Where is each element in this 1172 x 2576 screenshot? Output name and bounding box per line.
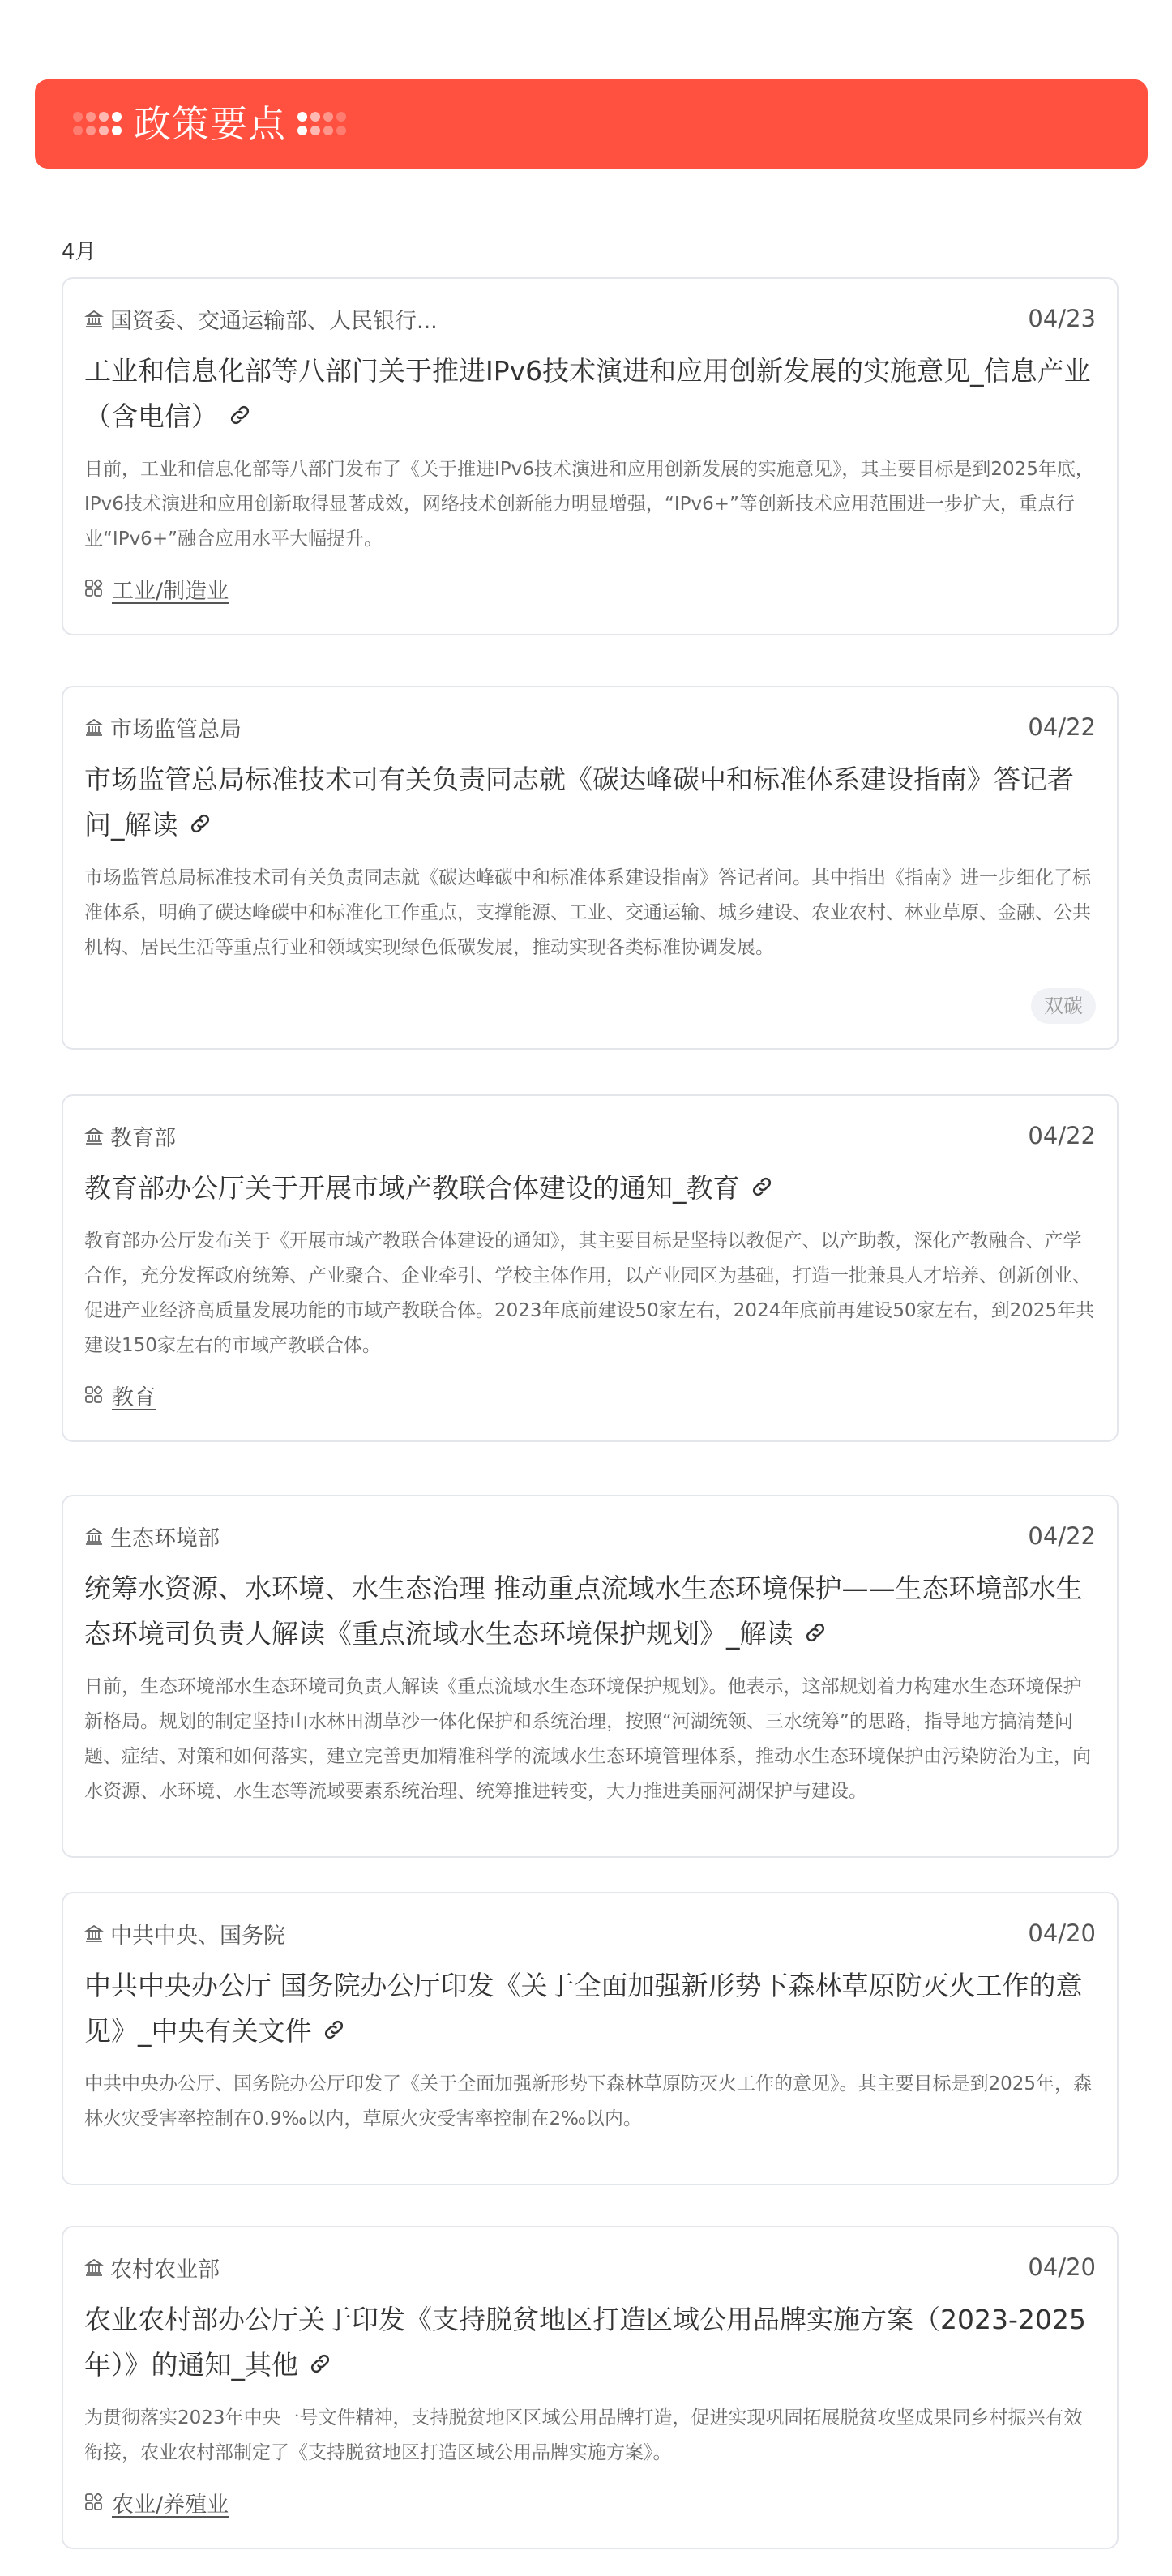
policy-card[interactable]: 教育部 04/22 教育部办公厅关于开展市域产教联合体建设的通知_教育 教育部办… bbox=[62, 1094, 1119, 1442]
policy-title-link[interactable]: 中共中央办公厅 国务院办公厅印发《关于全面加强新形势下森林草原防灭火工作的意见》… bbox=[84, 1963, 1096, 2056]
summary: 日前，生态环境部水生态环境司负责人解读《重点流域水生态环境保护规划》。他表示，这… bbox=[84, 1670, 1096, 1809]
date: 04/20 bbox=[1028, 1919, 1096, 1947]
source: 生态环境部 bbox=[84, 1521, 220, 1552]
dots-left-decoration bbox=[73, 112, 122, 136]
link-chain-icon[interactable] bbox=[228, 396, 252, 441]
policy-title-link[interactable]: 市场监管总局标准技术司有关负责同志就《碳达峰碳中和标准体系建设指南》答记者问_解… bbox=[84, 757, 1096, 849]
source-label: 生态环境部 bbox=[110, 1521, 220, 1552]
source: 国资委、交通运输部、人民银行... bbox=[84, 303, 438, 335]
page-title: 政策要点 bbox=[134, 105, 286, 143]
date: 04/22 bbox=[1028, 713, 1096, 741]
source: 市场监管总局 bbox=[84, 712, 242, 743]
header-banner: 政策要点 bbox=[35, 79, 1148, 169]
category-grid-icon bbox=[84, 1385, 104, 1405]
policy-title-link[interactable]: 教育部办公厅关于开展市域产教联合体建设的通知_教育 bbox=[84, 1166, 1096, 1213]
policy-title-link[interactable]: 统筹水资源、水环境、水生态治理 推动重点流域水生态环境保护——生态环境部水生态环… bbox=[84, 1566, 1096, 1658]
policy-card[interactable]: 市场监管总局 04/22 市场监管总局标准技术司有关负责同志就《碳达峰碳中和标准… bbox=[62, 686, 1119, 1050]
bank-building-icon bbox=[84, 717, 104, 737]
summary: 市场监管总局标准技术司有关负责同志就《碳达峰碳中和标准体系建设指南》答记者问。其… bbox=[84, 861, 1096, 965]
link-chain-icon[interactable] bbox=[750, 1167, 774, 1213]
policy-card[interactable]: 国资委、交通运输部、人民银行... 04/23 工业和信息化部等八部门关于推进I… bbox=[62, 277, 1119, 635]
bank-building-icon bbox=[84, 2257, 104, 2277]
bank-building-icon bbox=[84, 1923, 104, 1943]
source-label: 国资委、交通运输部、人民银行... bbox=[110, 303, 438, 335]
category-grid-icon bbox=[84, 2493, 104, 2512]
source-label: 农村农业部 bbox=[110, 2252, 220, 2283]
link-chain-icon[interactable] bbox=[308, 2344, 332, 2390]
summary: 日前，工业和信息化部等八部门发布了《关于推进IPv6技术演进和应用创新发展的实施… bbox=[84, 452, 1096, 557]
category-grid-icon bbox=[84, 579, 104, 598]
policy-card[interactable]: 生态环境部 04/22 统筹水资源、水环境、水生态治理 推动重点流域水生态环境保… bbox=[62, 1495, 1119, 1858]
industry-link[interactable]: 工业/制造业 bbox=[84, 573, 1096, 605]
link-chain-icon[interactable] bbox=[188, 804, 212, 849]
link-chain-icon[interactable] bbox=[803, 1613, 828, 1658]
industry-label[interactable]: 工业/制造业 bbox=[112, 573, 229, 605]
bank-building-icon bbox=[84, 1526, 104, 1546]
date: 04/22 bbox=[1028, 1122, 1096, 1149]
source: 农村农业部 bbox=[84, 2252, 220, 2283]
policy-card[interactable]: 农村农业部 04/20 农业农村部办公厅关于印发《支持脱贫地区打造区域公用品牌实… bbox=[62, 2226, 1119, 2549]
link-chain-icon[interactable] bbox=[322, 2010, 346, 2056]
source-label: 市场监管总局 bbox=[110, 712, 242, 743]
date: 04/23 bbox=[1028, 305, 1096, 332]
date: 04/22 bbox=[1028, 1522, 1096, 1550]
source-label: 教育部 bbox=[110, 1120, 176, 1152]
tag-badge[interactable]: 双碳 bbox=[1031, 988, 1096, 1024]
bank-building-icon bbox=[84, 1126, 104, 1145]
industry-link[interactable]: 教育 bbox=[84, 1380, 1096, 1411]
month-label: 4月 bbox=[62, 235, 96, 265]
date: 04/20 bbox=[1028, 2253, 1096, 2281]
industry-label[interactable]: 教育 bbox=[112, 1380, 156, 1411]
policy-title-link[interactable]: 工业和信息化部等八部门关于推进IPv6技术演进和应用创新发展的实施意见_信息产业… bbox=[84, 349, 1096, 441]
summary: 中共中央办公厅、国务院办公厅印发了《关于全面加强新形势下森林草原防灭火工作的意见… bbox=[84, 2067, 1096, 2137]
source: 教育部 bbox=[84, 1120, 176, 1152]
industry-link[interactable]: 农业/养殖业 bbox=[84, 2487, 1096, 2518]
bank-building-icon bbox=[84, 309, 104, 328]
source: 中共中央、国务院 bbox=[84, 1918, 285, 1949]
summary: 教育部办公厅发布关于《开展市域产教联合体建设的通知》，其主要目标是坚持以教促产、… bbox=[84, 1224, 1096, 1363]
summary: 为贯彻落实2023年中央一号文件精神，支持脱贫地区区域公用品牌打造，促进实现巩固… bbox=[84, 2401, 1096, 2471]
industry-label[interactable]: 农业/养殖业 bbox=[112, 2487, 229, 2518]
policy-title-link[interactable]: 农业农村部办公厅关于印发《支持脱贫地区打造区域公用品牌实施方案（2023-202… bbox=[84, 2297, 1096, 2390]
dots-right-decoration bbox=[297, 112, 347, 136]
source-label: 中共中央、国务院 bbox=[110, 1918, 285, 1949]
policy-card[interactable]: 中共中央、国务院 04/20 中共中央办公厅 国务院办公厅印发《关于全面加强新形… bbox=[62, 1892, 1119, 2185]
